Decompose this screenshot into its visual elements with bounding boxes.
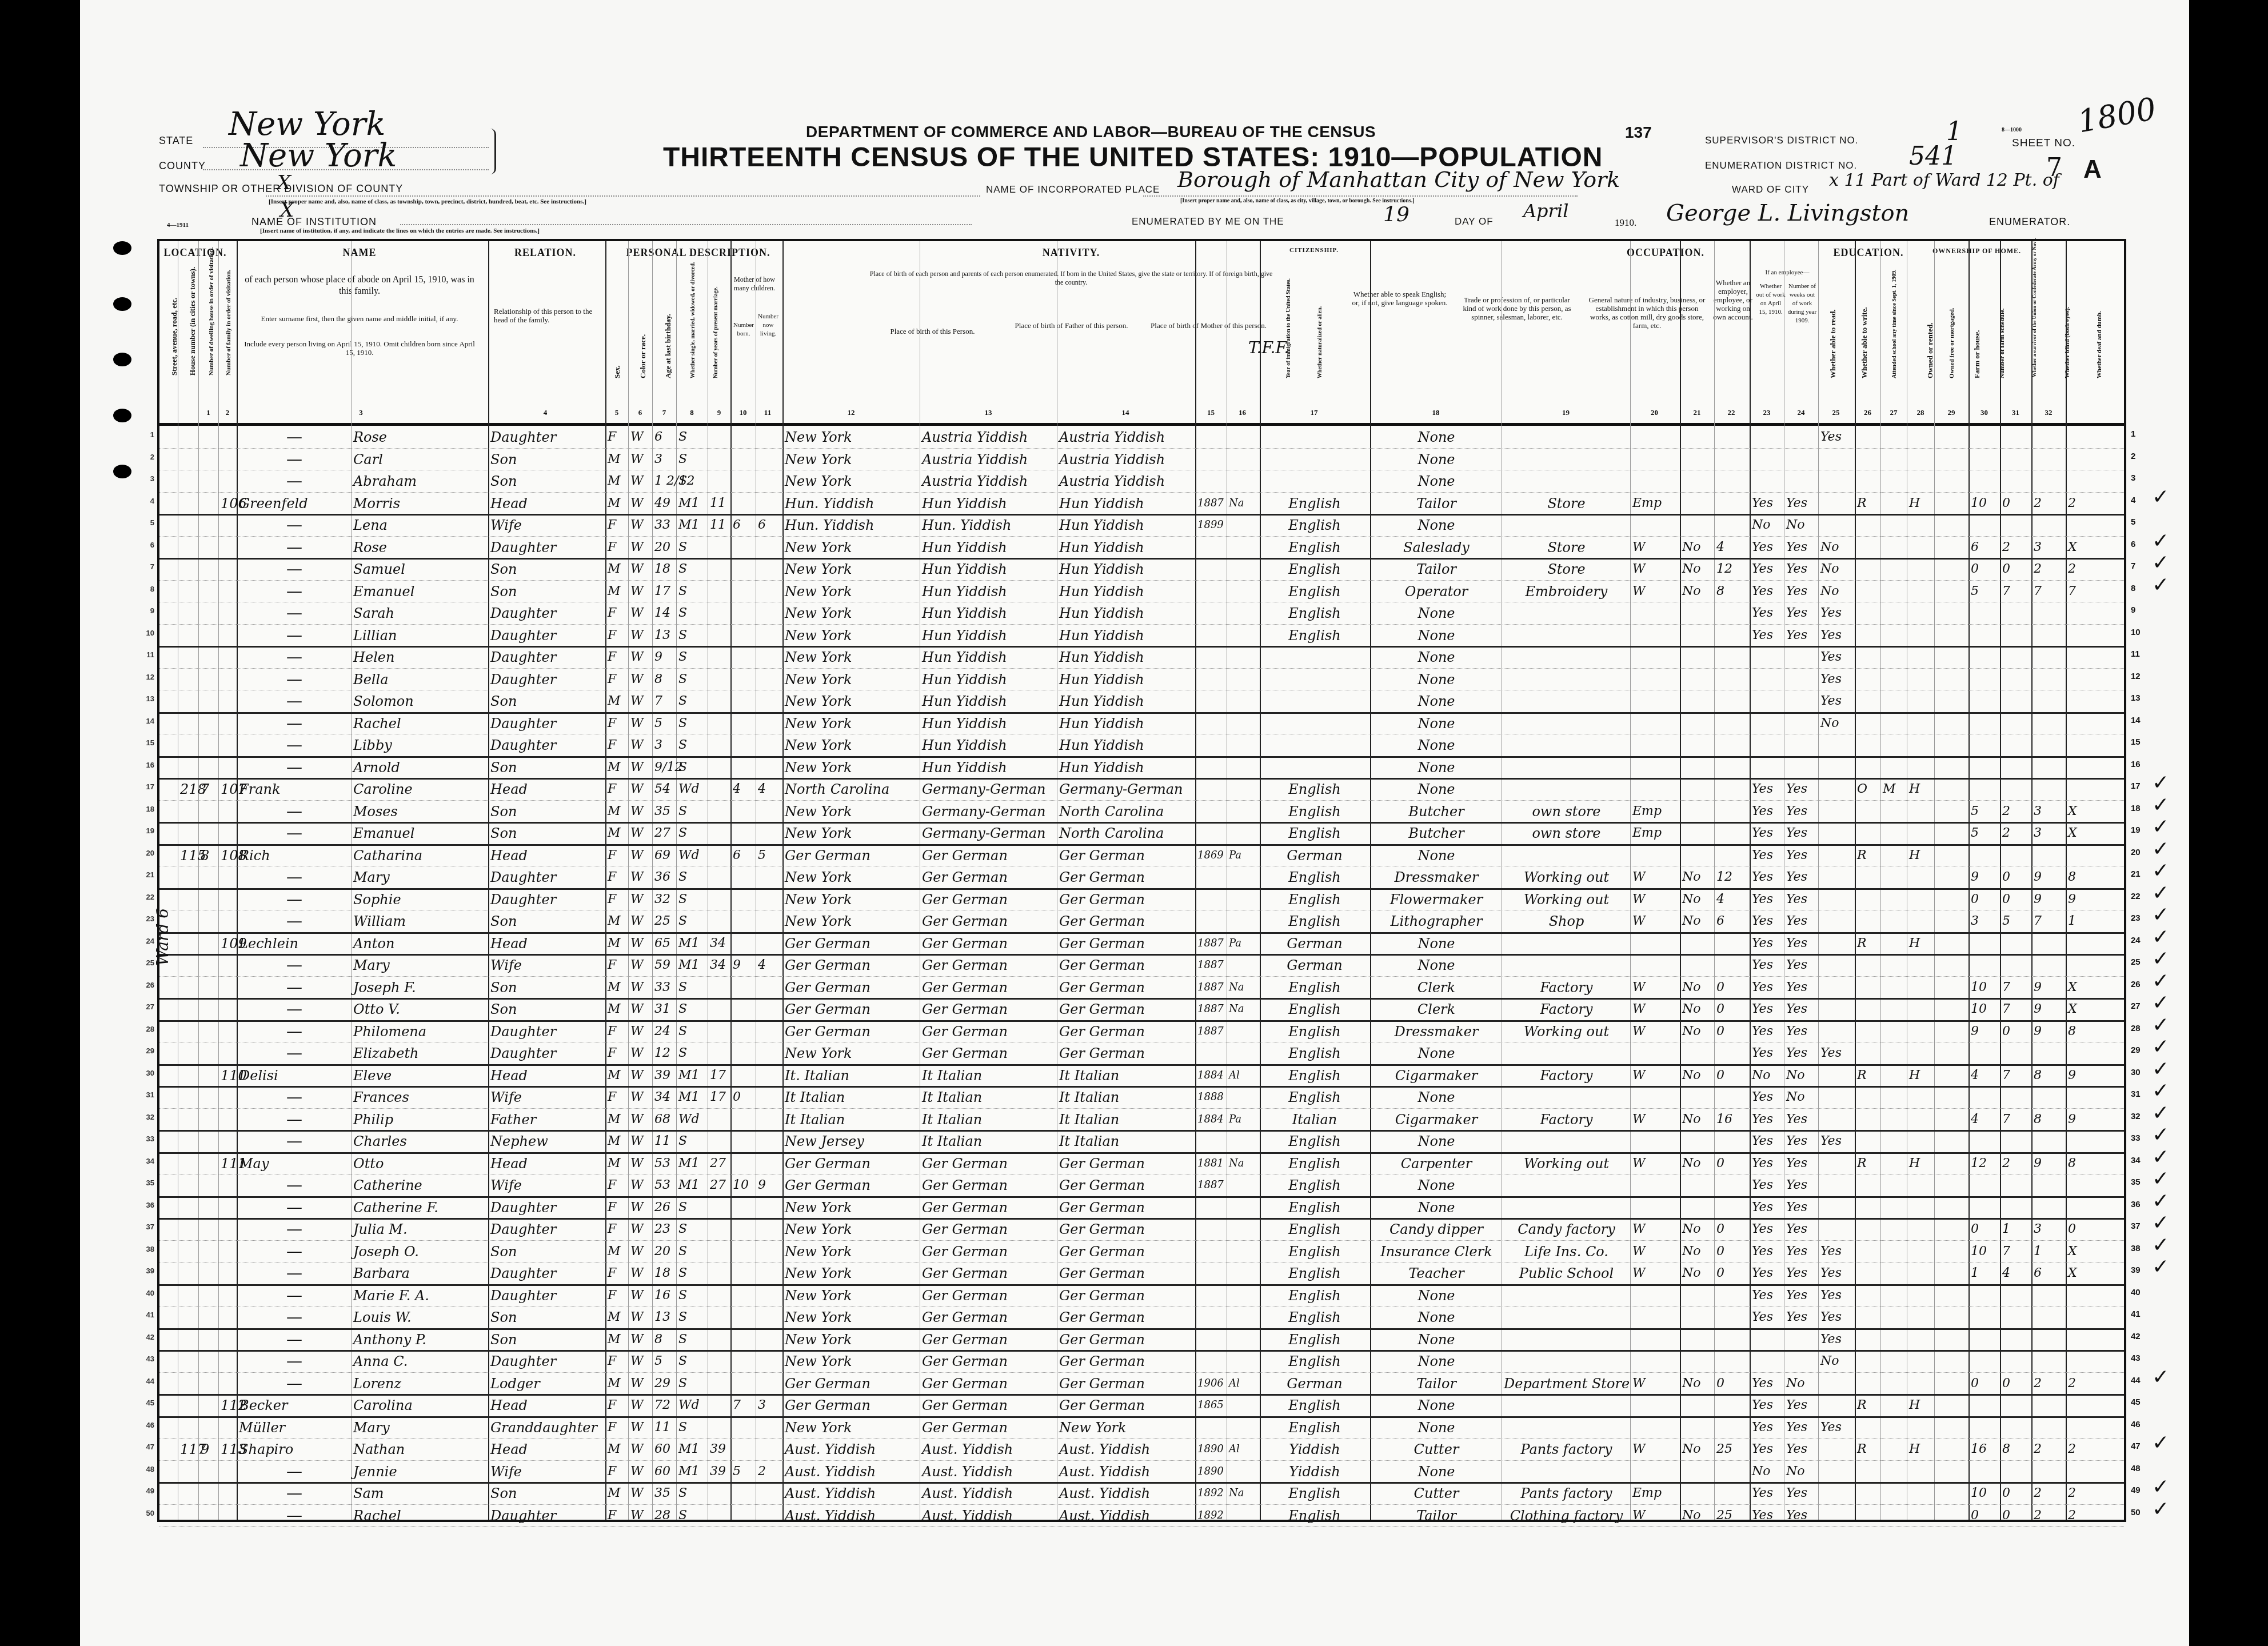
cell-farm: H xyxy=(1909,494,1933,513)
row-number: 3 xyxy=(2131,473,2154,483)
cell-write: Yes xyxy=(1786,604,1817,622)
cell-emp: W xyxy=(1632,978,1678,997)
row-number: 1 xyxy=(2131,429,2154,439)
row-number: 14 xyxy=(2131,716,2154,725)
cell-pob: New York xyxy=(785,1243,919,1261)
row-number-left: 38 xyxy=(143,1245,154,1253)
cell-marital: M1 xyxy=(678,1463,706,1481)
cell-color: W xyxy=(630,1287,651,1305)
cell-farm: H xyxy=(1909,846,1933,865)
cell-weeks: 0 xyxy=(1716,1154,1747,1173)
cell-c31: 9 xyxy=(2034,890,2065,909)
cell-trade: Clerk xyxy=(1372,978,1500,997)
cell-industry: Factory xyxy=(1504,1066,1629,1085)
cell-age: 9/12 xyxy=(654,758,675,777)
row-number-left: 18 xyxy=(143,805,154,813)
column-number: 8 xyxy=(676,408,708,417)
cell-color: W xyxy=(630,1419,651,1437)
cell-age: 3 xyxy=(654,450,675,469)
cell-out: No xyxy=(1682,868,1713,886)
cell-pob-m: It Italian xyxy=(1059,1066,1193,1085)
cell-trade: None xyxy=(1372,1044,1500,1062)
cell-pob-f: Austria Yiddish xyxy=(922,472,1056,490)
checkmark-icon: ✓ xyxy=(2152,1475,2169,1499)
cell-living: 3 xyxy=(758,1396,778,1415)
cell-family: 110 xyxy=(221,1066,235,1085)
cell-write: Yes xyxy=(1786,868,1817,886)
hdr-weeks-out: Number of weeks out of work during year … xyxy=(1787,282,1817,325)
cell-relation: Daughter xyxy=(490,1264,601,1283)
cell-trade: Butcher xyxy=(1372,824,1500,842)
cell-relation: Head xyxy=(490,934,601,953)
cell-relation: Son xyxy=(490,1331,601,1349)
cell-write: Yes xyxy=(1786,1287,1817,1305)
cell-yrs: 17 xyxy=(710,1066,729,1085)
cell-age: 5 xyxy=(654,714,675,733)
cell-read: Yes xyxy=(1752,934,1783,953)
cell-out: No xyxy=(1682,1507,1713,1525)
cell-color: W xyxy=(630,780,651,798)
cell-trade: Saleslady xyxy=(1372,538,1500,557)
cell-lang: English xyxy=(1262,560,1367,578)
cell-family: 109 xyxy=(221,934,235,953)
cell-write: Yes xyxy=(1786,560,1817,578)
cell-emp: W xyxy=(1632,582,1678,601)
cell-nat: Pa xyxy=(1229,934,1257,953)
cell-pob: Aust. Yiddish xyxy=(785,1484,919,1503)
cell-given: Catharina xyxy=(353,846,484,865)
cell-pob-m: Ger German xyxy=(1059,912,1193,930)
cell-industry: Store xyxy=(1504,538,1629,557)
cell-out: No xyxy=(1682,538,1713,557)
cell-yrs: 34 xyxy=(710,934,729,953)
checkmark-icon: ✓ xyxy=(2152,815,2169,838)
cell-surname: — xyxy=(239,1088,350,1106)
sheet-number: 7 xyxy=(2046,153,2062,182)
cell-school: Yes xyxy=(1820,1044,1852,1062)
cell-emp: W xyxy=(1632,1440,1678,1459)
cell-read: Yes xyxy=(1752,780,1783,798)
cell-pob: New York xyxy=(785,758,919,777)
cell-c30: 0 xyxy=(2002,868,2030,886)
cell-pob-m: Hun Yiddish xyxy=(1059,538,1193,557)
cell-imm: 1869 xyxy=(1197,846,1225,865)
cell-write: Yes xyxy=(1786,1264,1817,1283)
cell-sex: F xyxy=(608,516,627,534)
checkmark-icon: ✓ xyxy=(2152,1123,2169,1146)
cell-sex: M xyxy=(608,1132,627,1150)
cell-sex: F xyxy=(608,1022,627,1041)
cell-pob-m: New York xyxy=(1059,1419,1193,1437)
cell-imm: 1884 xyxy=(1197,1066,1225,1085)
cell-pob-m: Hun Yiddish xyxy=(1059,714,1193,733)
cell-pob: It Italian xyxy=(785,1110,919,1129)
cell-marital: S xyxy=(678,802,706,821)
table-row: —ElizabethDaughterFW12SNew YorkGer Germa… xyxy=(159,1042,2124,1064)
table-row: —JennieWifeFW60M13952Aust. YiddishAust. … xyxy=(159,1460,2124,1483)
cell-emp: W xyxy=(1632,560,1678,578)
cell-color: W xyxy=(630,758,651,777)
cell-yrs: 39 xyxy=(710,1463,729,1481)
cell-weeks: 0 xyxy=(1716,1000,1747,1018)
group-name: NAME xyxy=(234,247,485,259)
cell-trade: None xyxy=(1372,1419,1500,1437)
cell-given: Emanuel xyxy=(353,824,484,842)
cell-lang: English xyxy=(1262,978,1367,997)
group-location: LOCATION. xyxy=(159,247,231,259)
cell-surname: Becker xyxy=(239,1396,350,1415)
checkmark-icon: ✓ xyxy=(2152,1497,2169,1521)
row-number-left: 6 xyxy=(143,541,154,549)
ward-label: Ward of City xyxy=(1732,184,1809,195)
cell-marital: M1 xyxy=(678,1066,706,1085)
cell-pob-f: Hun Yiddish xyxy=(922,714,1056,733)
hdr-blind: Whether blind (both eyes). xyxy=(2064,253,2071,378)
cell-age: 20 xyxy=(654,1243,675,1261)
table-row: 1179113ShapiroNathanHeadMW60M139Aust. Yi… xyxy=(159,1438,2124,1460)
cell-out: No xyxy=(1682,1220,1713,1239)
cell-pob-f: Austria Yiddish xyxy=(922,428,1056,446)
cell-industry: Working out xyxy=(1504,1022,1629,1041)
cell-surname: — xyxy=(239,1220,350,1239)
cell-surname: — xyxy=(239,868,350,886)
cell-pob-f: Aust. Yiddish xyxy=(922,1440,1056,1459)
cell-given: Helen xyxy=(353,648,484,666)
column-number: 29 xyxy=(1934,408,1968,417)
hdr-out-of-work: Whether out of work on April 15, 1910. xyxy=(1756,282,1786,317)
row-number: 43 xyxy=(2131,1353,2154,1363)
cell-marital: S xyxy=(678,450,706,469)
row-number: 36 xyxy=(2131,1200,2154,1209)
cell-marital: M1 xyxy=(678,1176,706,1194)
cell-living: 6 xyxy=(758,516,778,534)
cell-out: No xyxy=(1682,890,1713,909)
cell-surname: — xyxy=(239,1375,350,1393)
cell-c30: 7 xyxy=(2002,1243,2030,1261)
cell-pob: New York xyxy=(785,538,919,557)
cell-trade: None xyxy=(1372,472,1500,490)
cell-color: W xyxy=(630,1484,651,1503)
row-number-left: 5 xyxy=(143,518,154,527)
cell-sex: F xyxy=(608,604,627,622)
column-number: 12 xyxy=(782,408,920,417)
cell-c30: 7 xyxy=(2002,1000,2030,1018)
cell-nat: Na xyxy=(1229,1000,1257,1018)
cell-trade: None xyxy=(1372,934,1500,953)
row-number-left: 48 xyxy=(143,1465,154,1473)
cell-surname: — xyxy=(239,1198,350,1217)
cell-relation: Wife xyxy=(490,516,601,534)
ward-value: x 11 Part of Ward 12 Pt. of xyxy=(1829,170,2059,190)
table-row: —EmanuelSonMW17SNew YorkHun YiddishHun Y… xyxy=(159,580,2124,602)
hdr-age: Age at last birthday. xyxy=(664,275,673,378)
hdr-pob-mother: Place of birth of Mother of this person. xyxy=(1141,321,1276,330)
cell-emp: W xyxy=(1632,1154,1678,1173)
hdr-color: Color or race. xyxy=(638,315,648,378)
cell-color: W xyxy=(630,626,651,645)
cell-surname: — xyxy=(239,1264,350,1283)
cell-living: 2 xyxy=(758,1463,778,1481)
hdr-school: Attended school any time since Sept. 1, … xyxy=(1891,264,1898,378)
cell-read: Yes xyxy=(1752,494,1783,513)
cell-surname: — xyxy=(239,692,350,710)
cell-pob-f: Ger German xyxy=(922,868,1056,886)
cell-relation: Son xyxy=(490,912,601,930)
row-number-left: 24 xyxy=(143,937,154,945)
cell-relation: Son xyxy=(490,1484,601,1503)
cell-lang: English xyxy=(1262,890,1367,909)
cell-own: R xyxy=(1857,934,1879,953)
cell-yrs: 11 xyxy=(710,516,729,534)
row-number: 10 xyxy=(2131,628,2154,637)
row-number-left: 7 xyxy=(143,562,154,571)
cell-surname: — xyxy=(239,1463,350,1481)
cell-c30: 2 xyxy=(2002,802,2030,821)
cell-color: W xyxy=(630,1375,651,1393)
row-number-left: 28 xyxy=(143,1025,154,1033)
cell-pob-f: Germany-German xyxy=(922,824,1056,842)
cell-pob: New York xyxy=(785,1198,919,1217)
hdr-language: Whether able to speak English; or, if no… xyxy=(1351,290,1448,307)
cell-marital: M1 xyxy=(678,1154,706,1173)
cell-read: Yes xyxy=(1752,1287,1783,1305)
cell-lang: English xyxy=(1262,494,1367,513)
cell-born: 6 xyxy=(733,846,754,865)
column-number: 18 xyxy=(1370,408,1502,417)
cell-read: Yes xyxy=(1752,538,1783,557)
cell-industry: Working out xyxy=(1504,1154,1629,1173)
cell-age: 16 xyxy=(654,1287,675,1305)
hdr-relation: Relationship of this person to the head … xyxy=(494,307,602,324)
cell-color: W xyxy=(630,692,651,710)
cell-marital: S xyxy=(678,1264,706,1283)
row-number-left: 39 xyxy=(143,1267,154,1275)
cell-family: 106 xyxy=(221,494,235,513)
cell-pob-m: It Italian xyxy=(1059,1132,1193,1150)
cell-sex: F xyxy=(608,1463,627,1481)
row-number: 13 xyxy=(2131,693,2154,703)
cell-relation: Son xyxy=(490,560,601,578)
checkmark-icon: ✓ xyxy=(2152,1365,2169,1389)
hdr-employee: If an employee— xyxy=(1756,269,1819,277)
cell-marital: S xyxy=(678,736,706,754)
row-number-left: 3 xyxy=(143,474,154,483)
cell-given: Carolina xyxy=(353,1396,484,1415)
row-number-left: 4 xyxy=(143,497,154,505)
hdr-dwelling: Number of dwelling house in order of vis… xyxy=(208,275,215,375)
cell-read: Yes xyxy=(1752,824,1783,842)
cell-own: O xyxy=(1857,780,1879,798)
cell-c31: 8 xyxy=(2034,1066,2065,1085)
cell-pob: New York xyxy=(785,1044,919,1062)
cell-c32: 8 xyxy=(2068,1154,2099,1173)
cell-write: Yes xyxy=(1786,802,1817,821)
cell-surname: Lechlein xyxy=(239,934,350,953)
cell-pob: Ger German xyxy=(785,956,919,974)
row-number: 44 xyxy=(2131,1376,2154,1385)
cell-industry: Shop xyxy=(1504,912,1629,930)
cell-relation: Daughter xyxy=(490,736,601,754)
cell-pob-m: North Carolina xyxy=(1059,824,1193,842)
cell-given: Caroline xyxy=(353,780,484,798)
cell-color: W xyxy=(630,890,651,909)
checkmark-icon: ✓ xyxy=(2152,1233,2169,1257)
cell-industry: own store xyxy=(1504,824,1629,842)
cell-pob-f: It Italian xyxy=(922,1066,1056,1085)
cell-pob-f: Hun Yiddish xyxy=(922,736,1056,754)
row-number: 29 xyxy=(2131,1045,2154,1055)
cell-trade: Cigarmaker xyxy=(1372,1066,1500,1085)
cell-house: 115 xyxy=(180,846,197,865)
cell-marital: S xyxy=(678,538,706,557)
cell-age: 59 xyxy=(654,956,675,974)
column-number: 20 xyxy=(1630,408,1679,417)
cell-marital: S xyxy=(678,758,706,777)
sheet-letter: A xyxy=(2083,155,2102,184)
cell-pob-f: Ger German xyxy=(922,1419,1056,1437)
cell-emp: W xyxy=(1632,1375,1678,1393)
cell-write: Yes xyxy=(1786,1198,1817,1217)
row-number: 26 xyxy=(2131,980,2154,989)
cell-sex: F xyxy=(608,956,627,974)
cell-read: Yes xyxy=(1752,1000,1783,1018)
state-label: State xyxy=(159,135,193,147)
cell-pob-f: Ger German xyxy=(922,912,1056,930)
cell-surname: — xyxy=(239,626,350,645)
table-row: —CharlesNephewMW11SNew JerseyIt ItalianI… xyxy=(159,1130,2124,1152)
cell-lang: English xyxy=(1262,912,1367,930)
cell-marital: S xyxy=(678,1352,706,1371)
cell-pob: New York xyxy=(785,912,919,930)
cell-marital: S xyxy=(678,1507,706,1525)
row-number-left: 45 xyxy=(143,1399,154,1407)
cell-pob-m: Ger German xyxy=(1059,1000,1193,1018)
cell-given: Rose xyxy=(353,428,484,446)
cell-c29: 5 xyxy=(1971,802,1999,821)
cell-pob-f: Hun Yiddish xyxy=(922,538,1056,557)
department-line: DEPARTMENT OF COMMERCE AND LABOR—BUREAU … xyxy=(806,123,1376,141)
cell-color: W xyxy=(630,1000,651,1018)
cell-read: Yes xyxy=(1752,1220,1783,1239)
row-number: 49 xyxy=(2131,1485,2154,1495)
cell-imm: 1890 xyxy=(1197,1463,1225,1481)
cell-write: Yes xyxy=(1786,934,1817,953)
cell-read: Yes xyxy=(1752,560,1783,578)
row-number-left: 21 xyxy=(143,870,154,879)
cell-lang: English xyxy=(1262,1287,1367,1305)
hdr-mother-of: Mother of how many children. xyxy=(731,275,778,293)
row-number: 21 xyxy=(2131,869,2154,879)
cell-pob-m: Ger German xyxy=(1059,978,1193,997)
cell-relation: Daughter xyxy=(490,626,601,645)
cell-school: Yes xyxy=(1820,692,1852,710)
cell-color: W xyxy=(630,472,651,490)
table-row: —MaryWifeFW59M13494Ger GermanGer GermanG… xyxy=(159,954,2124,976)
cell-pob: New York xyxy=(785,824,919,842)
cell-pob-f: It Italian xyxy=(922,1088,1056,1106)
cell-family: 111 xyxy=(221,1154,235,1173)
cell-industry: Store xyxy=(1504,494,1629,513)
cell-sex: F xyxy=(608,1220,627,1239)
cell-pob-f: Ger German xyxy=(922,1220,1056,1239)
cell-c30: 0 xyxy=(2002,1507,2030,1525)
cell-marital: S xyxy=(678,912,706,930)
cell-color: W xyxy=(630,582,651,601)
cell-pob-m: It Italian xyxy=(1059,1110,1193,1129)
cell-given: Solomon xyxy=(353,692,484,710)
row-number-left: 49 xyxy=(143,1487,154,1495)
cell-age: 34 xyxy=(654,1088,675,1106)
cell-relation: Head xyxy=(490,846,601,865)
institution-value: X xyxy=(280,199,294,222)
cell-imm: 1887 xyxy=(1197,494,1225,513)
cell-trade: None xyxy=(1372,692,1500,710)
cell-born: 6 xyxy=(733,516,754,534)
enumerated-label: Enumerated by me on the xyxy=(1132,216,1284,227)
cell-write: Yes xyxy=(1786,846,1817,865)
cell-given: William xyxy=(353,912,484,930)
cell-pob: New York xyxy=(785,1352,919,1371)
cell-surname: — xyxy=(239,758,350,777)
cell-write: Yes xyxy=(1786,1484,1817,1503)
row-number: 2 xyxy=(2131,452,2154,461)
table-row: 2187107FrankCarolineHeadFW54Wd44North Ca… xyxy=(159,778,2124,800)
cell-c29: 9 xyxy=(1971,1022,1999,1041)
cell-color: W xyxy=(630,1088,651,1106)
column-number: 10 xyxy=(730,408,756,417)
cell-trade: Tailor xyxy=(1372,1507,1500,1525)
row-number-left: 42 xyxy=(143,1333,154,1341)
cell-relation: Son xyxy=(490,1308,601,1327)
cell-school: Yes xyxy=(1820,1308,1852,1327)
cell-surname: — xyxy=(239,956,350,974)
cell-pob-m: Aust. Yiddish xyxy=(1059,1463,1193,1481)
cell-nat: Na xyxy=(1229,1154,1257,1173)
cell-pob-f: Ger German xyxy=(922,846,1056,865)
row-number: 47 xyxy=(2131,1441,2154,1451)
row-number: 16 xyxy=(2131,760,2154,769)
cell-sex: F xyxy=(608,868,627,886)
cell-pob-f: Hun Yiddish xyxy=(922,648,1056,666)
cell-pob: New York xyxy=(785,1287,919,1305)
cell-given: Arnold xyxy=(353,758,484,777)
cell-age: 18 xyxy=(654,1264,675,1283)
cell-age: 35 xyxy=(654,802,675,821)
cell-surname: — xyxy=(239,802,350,821)
cell-pob: Hun. Yiddish xyxy=(785,494,919,513)
hdr-years-married: Number of years of present marriage. xyxy=(713,275,719,378)
cell-pob-m: Austria Yiddish xyxy=(1059,428,1193,446)
cell-pob-m: Hun Yiddish xyxy=(1059,648,1193,666)
cell-nat: Na xyxy=(1229,1484,1257,1503)
cell-read: Yes xyxy=(1752,1440,1783,1459)
cell-pob: New Jersey xyxy=(785,1132,919,1150)
cell-color: W xyxy=(630,978,651,997)
cell-sex: F xyxy=(608,1507,627,1525)
cell-marital: S xyxy=(678,560,706,578)
cell-relation: Son xyxy=(490,1243,601,1261)
cell-read: Yes xyxy=(1752,1132,1783,1150)
cell-write: Yes xyxy=(1786,824,1817,842)
punch-hole xyxy=(113,409,131,422)
cell-emp: W xyxy=(1632,538,1678,557)
cell-industry: Working out xyxy=(1504,868,1629,886)
cell-pob-m: Germany-German xyxy=(1059,780,1193,798)
table-row: —MaryDaughterFW36SNew YorkGer GermanGer … xyxy=(159,866,2124,888)
cell-write: Yes xyxy=(1786,1396,1817,1415)
row-number-left: 29 xyxy=(143,1046,154,1055)
cell-lang: English xyxy=(1262,582,1367,601)
